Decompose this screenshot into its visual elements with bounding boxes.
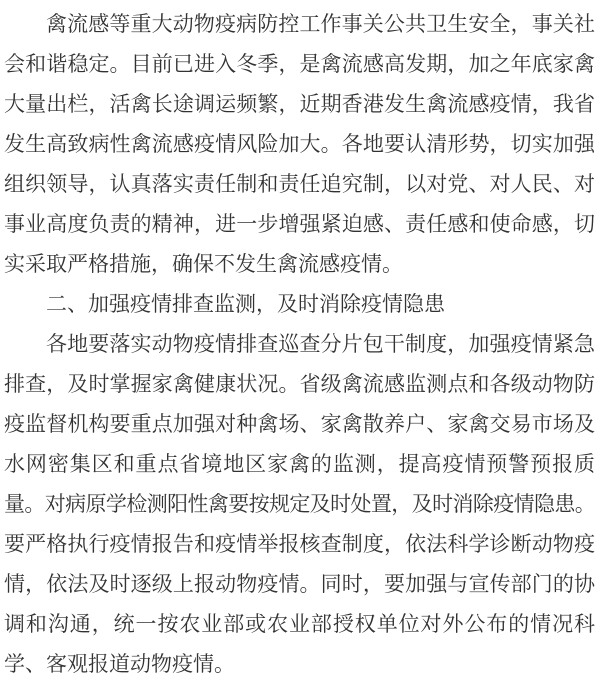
text-line: 大量出栏，活禽长途调运频繁，近期香港发生禽流感疫情，我省 [4, 84, 595, 124]
text-line: 要严格执行疫情报告和疫情举报核查制度，依法科学诊断动物疫 [4, 524, 595, 564]
text-line: 实采取严格措施，确保不发生禽流感疫情。 [4, 244, 595, 284]
text-line: 量。对病原学检测阳性禽要按规定及时处置，及时消除疫情隐患。 [4, 484, 595, 524]
text-line: 情，依法及时逐级上报动物疫情。同时，要加强与宣传部门的协 [4, 564, 595, 604]
section-heading: 二、加强疫情排查监测，及时消除疫情隐患 [4, 284, 595, 324]
text-line: 会和谐稳定。目前已进入冬季，是禽流感高发期，加之年底家禽 [4, 44, 595, 84]
text-line: 调和沟通，统一按农业部或农业部授权单位对外公布的情况科 [4, 604, 595, 644]
text-line: 事业高度负责的精神，进一步增强紧迫感、责任感和使命感，切 [4, 204, 595, 244]
text-line: 发生高致病性禽流感疫情风险加大。各地要认清形势，切实加强 [4, 124, 595, 164]
text-line: 疫监督机构要重点加强对种禽场、家禽散养户、家禽交易市场及 [4, 404, 595, 444]
text-line: 各地要落实动物疫情排查巡查分片包干制度，加强疫情紧急 [4, 324, 595, 364]
text-line: 排查，及时掌握家禽健康状况。省级禽流感监测点和各级动物防 [4, 364, 595, 404]
text-line: 组织领导，认真落实责任制和责任追究制，以对党、对人民、对 [4, 164, 595, 204]
document-page: 禽流感等重大动物疫病防控工作事关公共卫生安全，事关社会和谐稳定。目前已进入冬季，… [0, 0, 600, 680]
text-line: 水网密集区和重点省境地区家禽的监测，提高疫情预警预报质 [4, 444, 595, 484]
text-line: 学、客观报道动物疫情。 [4, 644, 595, 680]
text-line: 禽流感等重大动物疫病防控工作事关公共卫生安全，事关社 [4, 4, 595, 44]
document-body: 禽流感等重大动物疫病防控工作事关公共卫生安全，事关社会和谐稳定。目前已进入冬季，… [4, 4, 595, 680]
